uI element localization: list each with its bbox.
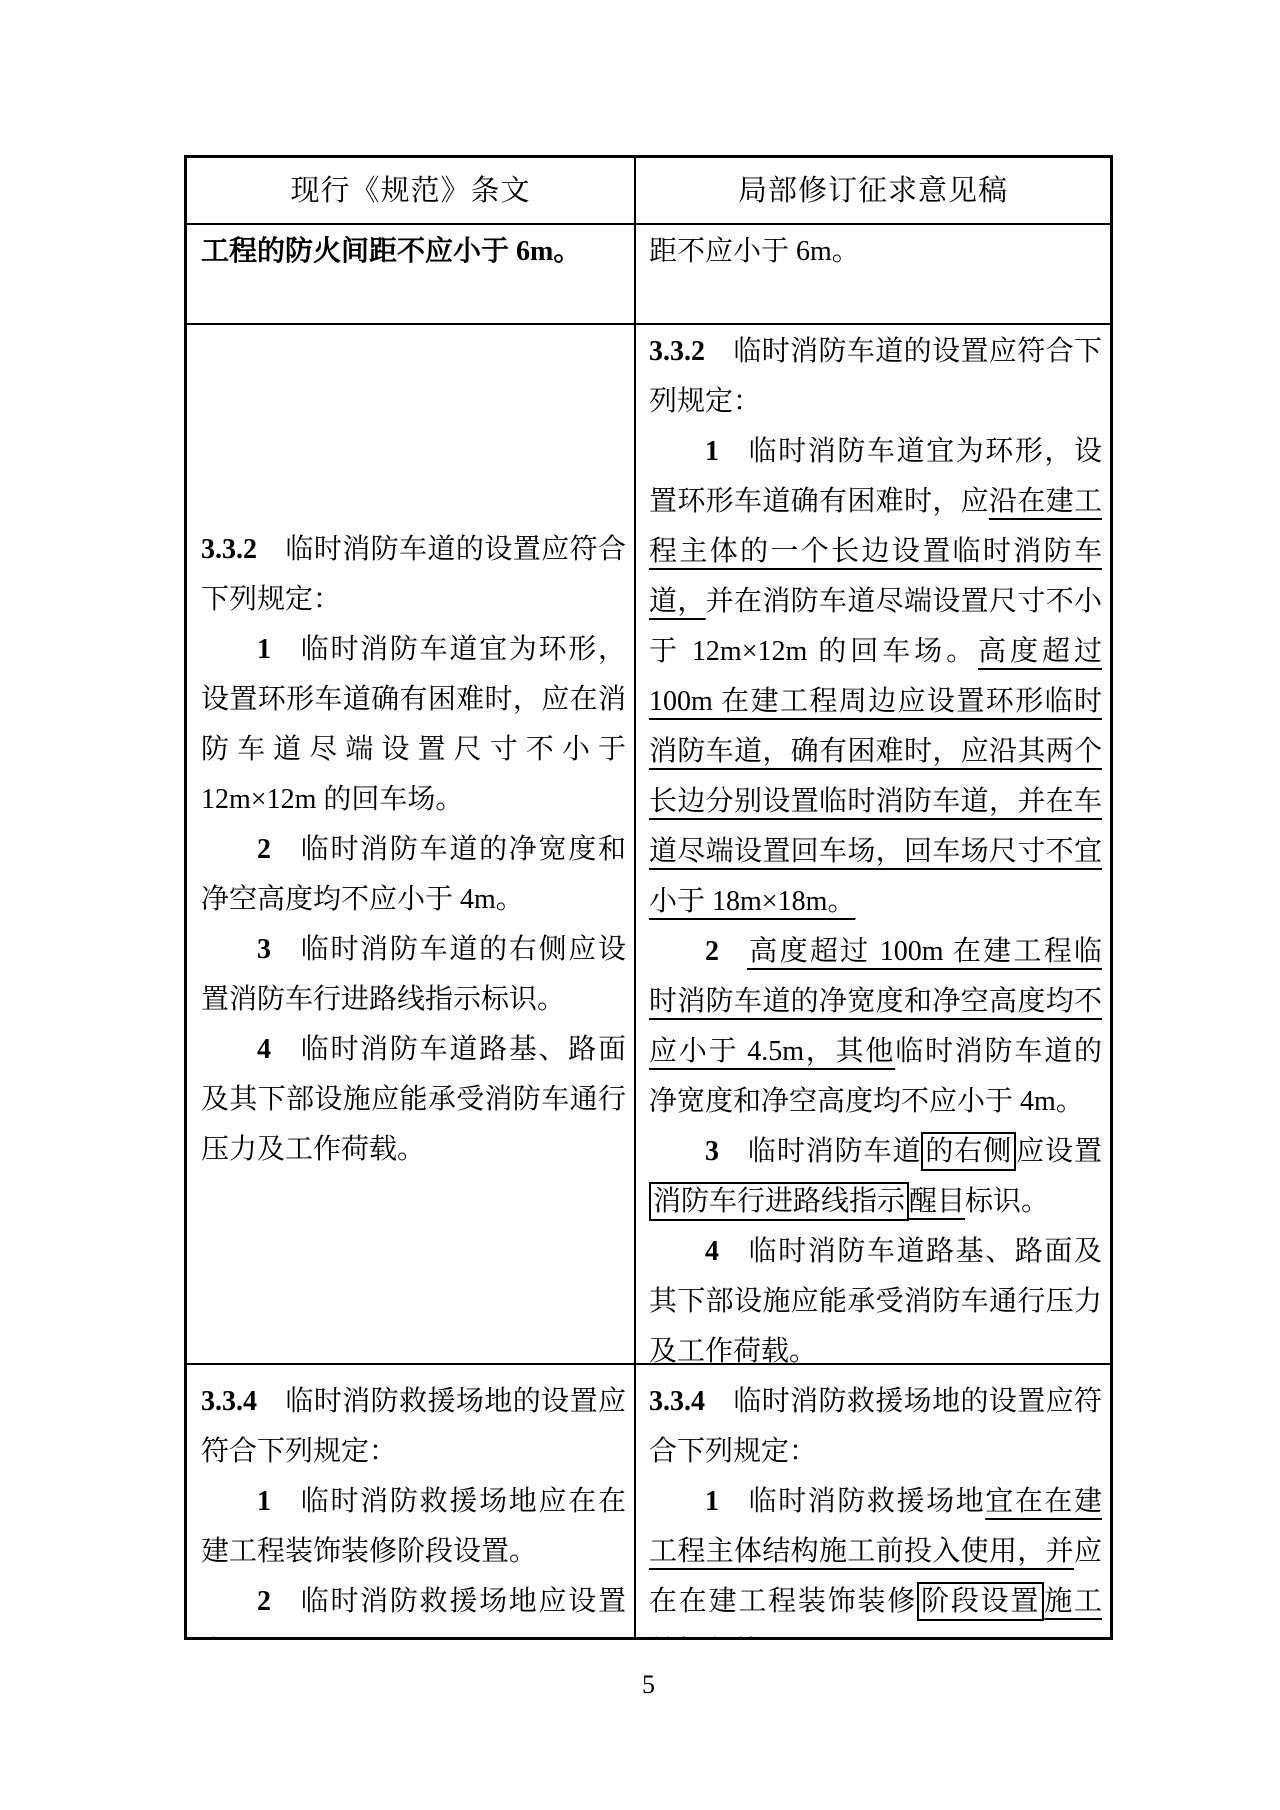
paragraph: 3.3.2临时消防车道的设置应符合下列规定： [649, 327, 1102, 427]
text-run: 临时消防救援场地 [747, 1486, 985, 1517]
text-run: 的右侧 [921, 1132, 1016, 1171]
text-run: 应设置 [1016, 1136, 1102, 1167]
text-run: 高度超过 100m 在建工程周边应设置环形临时消防车道，确有困难时，应沿其两个长… [649, 636, 1102, 917]
paragraph: 1临时消防车道宜为环形，设置环形车道确有困难时，应在消防车道尽端设置尺寸不小于 … [201, 625, 626, 825]
text-run: 2 [705, 936, 719, 967]
text-run: 3.3.2 [649, 336, 705, 367]
header-current-code-label: 现行《规范》条文 [290, 166, 530, 216]
cell-current-fire-separation: 工程的防火间距不应小于 6m。 [187, 225, 636, 325]
text-run: 阶段设置 [917, 1582, 1044, 1621]
text-run: 2 [257, 1586, 271, 1617]
paragraph: 4临时消防车道路基、路面及其下部设施应能承受消防车通行压力及工作荷载。 [201, 1025, 626, 1175]
paragraph: 3.3.4临时消防救援场地的设置应符合下列规定： [201, 1377, 626, 1477]
text-run: 1 [705, 1486, 719, 1517]
paragraph: 距不应小于 6m。 [649, 227, 1102, 277]
text-run: 4 [705, 1236, 719, 1267]
text-run: 工程的防火间距不应小于 6m。 [201, 236, 581, 267]
text-run: 距不应小于 6m。 [649, 236, 860, 267]
comparison-table: 现行《规范》条文 局部修订征求意见稿 工程的防火间距不应小于 6m。 距不应小于… [184, 155, 1113, 1640]
paragraph: 3.3.2临时消防车道的设置应符合下列规定： [201, 525, 626, 625]
text-run: 3.3.2 [201, 534, 257, 565]
paragraph: 工程的防火间距不应小于 6m。 [201, 227, 626, 277]
paragraph: 3临时消防车道的右侧应设置消防车行进路线指示标识。 [201, 925, 626, 1025]
text-run: 4 [257, 1034, 271, 1065]
text-run: 1 [705, 436, 719, 467]
cell-revision-3-3-4: 3.3.4临时消防救援场地的设置应符合下列规定：1临时消防救援场地宜在在建工程主… [636, 1365, 1110, 1637]
text-run: 临时消防车道的设置应符合下列规定： [649, 336, 1102, 417]
text-run: 临时消防车道 [747, 1136, 921, 1167]
text-run: 3 [257, 934, 271, 965]
cell-revision-fire-separation: 距不应小于 6m。 [636, 225, 1110, 325]
text-run: 2 [257, 834, 271, 865]
text-run: 3 [705, 1136, 719, 1167]
cell-revision-3-3-2: 3.3.2临时消防车道的设置应符合下列规定：1临时消防车道宜为环形，设置环形车道… [636, 325, 1110, 1365]
paragraph: 1临时消防救援场地宜在在建工程主体结构施工前投入使用，并应在在建工程装饰装修阶段… [649, 1477, 1102, 1637]
text-run: 1 [257, 634, 271, 665]
text-run: 临时消防车道的设置应符合下列规定： [201, 534, 626, 615]
header-revision-draft-label: 局部修订征求意见稿 [738, 166, 1008, 216]
cell-current-3-3-2: 3.3.2临时消防车道的设置应符合下列规定：1临时消防车道宜为环形，设置环形车道… [187, 325, 636, 1365]
text-run: 临时消防救援场地的设置应符合下列规定： [201, 1386, 626, 1467]
header-revision-draft-column: 局部修订征求意见稿 [636, 158, 1110, 225]
document-page: 现行《规范》条文 局部修订征求意见稿 工程的防火间距不应小于 6m。 距不应小于… [0, 0, 1280, 1810]
paragraph: 3临时消防车道的右侧应设置消防车行进路线指示醒目标识。 [649, 1127, 1102, 1227]
text-run: 标识。 [965, 1186, 1049, 1217]
text-run: 1 [257, 1486, 271, 1517]
header-current-code-column: 现行《规范》条文 [187, 158, 636, 225]
paragraph: 4临时消防车道路基、路面及其下部设施应能承受消防车通行压力及工作荷载。 [649, 1227, 1102, 1365]
text-run: 3.3.4 [201, 1386, 257, 1417]
paragraph: 1临时消防车道宜为环形，设置环形车道确有困难时，应沿在建工程主体的一个长边设置临… [649, 427, 1102, 927]
paragraph: 2临时消防车道的净宽度和净空高度均不应小于 4m。 [201, 825, 626, 925]
paragraph: 2临时消防救援场地应设置在 [201, 1577, 626, 1637]
paragraph: 3.3.4临时消防救援场地的设置应符合下列规定： [649, 1377, 1102, 1477]
text-run: 醒目 [909, 1186, 965, 1217]
text-run: 临时消防救援场地的设置应符合下列规定： [649, 1386, 1102, 1467]
cell-current-3-3-4: 3.3.4临时消防救援场地的设置应符合下列规定：1临时消防救援场地应在在建工程装… [187, 1365, 636, 1637]
text-run: 消防车行进路线指示 [649, 1182, 909, 1221]
paragraph: 1临时消防救援场地应在在建工程装饰装修阶段设置。 [201, 1477, 626, 1577]
paragraph: 2高度超过 100m 在建工程临时消防车道的净宽度和净空高度均不应小于 4.5m… [649, 927, 1102, 1127]
text-run: 3.3.4 [649, 1386, 705, 1417]
page-number: 5 [184, 1670, 1113, 1700]
